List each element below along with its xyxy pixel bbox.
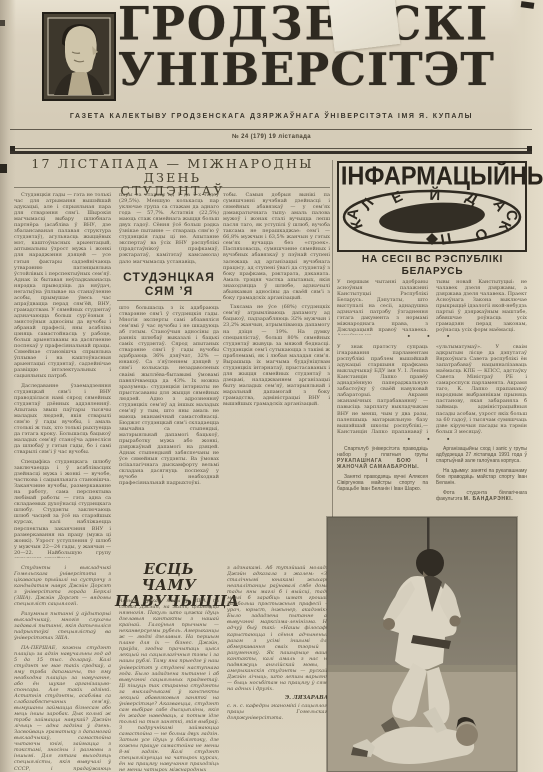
- paragraph: Арганізацыйны сход і запіс у групы адбуд…: [436, 446, 527, 464]
- kaleidoscope-logo-box: ІНФАРМАЦЫЙНЫ КАЛЕЙДАСКОП: [337, 161, 527, 252]
- paragraph: Студэнцкія гады — гэта не толькі час для…: [14, 192, 111, 379]
- scan-artifact-left: [0, 164, 7, 173]
- photo-illustration: [327, 517, 517, 772]
- studentday-column-2-top: пары са стажам ад 1 да 2-х гадоў (29,5%)…: [119, 192, 219, 269]
- studentfamily-subhead-line1: СТУДЭНЦКАЯ: [117, 271, 221, 285]
- lecture-headline-line1: ЕСЦЬ ЧАМУ: [115, 562, 223, 594]
- issue-line: № 24 (179) 19 лістапада: [0, 134, 543, 140]
- paragraph: Разумныя пытанні ў аўдыторыі выкладчыкаў…: [14, 611, 111, 641]
- lecture-column-2: Адзнак рускай мовы ў ЗША, па словах Джэй…: [119, 598, 219, 772]
- rule-end-dot-right: [527, 146, 532, 151]
- session-paragraph-1: У першым чытанні адобраны асноўныя палаж…: [337, 279, 527, 335]
- paragraph: «ультыматумаў». У сваім адкрытым лісце д…: [436, 344, 527, 434]
- lecture-column-3: з адзнакамі. Аб тутэйшай моладзі Джэйн а…: [227, 565, 330, 772]
- masthead-rule: [10, 129, 532, 130]
- sport-club-notice: Спартклуб ўніверсітэта праводзіць набор …: [337, 446, 527, 516]
- author-title: с. н. с. кафедры эканомікі і сацыялогіі …: [227, 703, 330, 721]
- lecture-column-1: Студэнты і выкладчыкі Гомельскага ўнівер…: [14, 565, 111, 772]
- combat-training-photo: [327, 517, 517, 772]
- paragraph: Фота студэнта біялагічнага факультэта М.…: [436, 490, 527, 502]
- kupala-portrait-image: [42, 12, 116, 101]
- ring-letter: С: [502, 209, 520, 221]
- newspaper-page: ГРОДЗЕНСКІ УНІВЕРСІТЭТ ГАЗЕТА КАЛЕКТЫВУ …: [0, 0, 543, 772]
- studentfamily-subhead-line2: СЯМ ’Я: [117, 285, 221, 299]
- author-signature: Э. ЛЯЗАРАВА,: [227, 695, 330, 701]
- item-separator: ∙ ∙ ∙: [337, 332, 527, 340]
- masthead-title: ГРОДЗЕНСКІ УНІВЕРСІТЭТ: [118, 0, 470, 104]
- masthead-title-line2: УНІВЕРСІТЭТ: [118, 47, 470, 93]
- paragraph: Спецыфіка студэнцкага шлюбу заключаецца …: [14, 459, 111, 558]
- masthead-subtitle: ГАЗЕТА КАЛЕКТЫВУ ГРОДЗЕНСКАГА ДЗЯРЖАЎНАГ…: [20, 113, 523, 120]
- item-separator: ∙ ∙ ∙: [337, 435, 527, 443]
- masthead-heavy-rule: [10, 148, 532, 154]
- studentfamily-subhead-rule: [117, 300, 221, 301]
- kaleidoscope-ring-logo: КАЛЕЙДАСКОП: [339, 189, 525, 247]
- ring-letter: А: [344, 207, 362, 220]
- tape-patch: [328, 0, 401, 52]
- paragraph: тобы. Самыя добрыя вынікі па сумяшчэнні …: [223, 192, 330, 301]
- portrait-engraving: [42, 12, 116, 101]
- paragraph: Даследаванне ўзаемадзеяння студэнцкай ся…: [14, 383, 111, 456]
- paragraph: Студэнты і выкладчыкі Гомельскага ўнівер…: [14, 565, 111, 607]
- studentday-column-1: Студэнцкія гады — гэта не толькі час для…: [14, 192, 111, 558]
- session-headline: НА СЕСІІ ВС РЭСПУБЛІКІ БЕЛАРУСЬ: [340, 254, 525, 277]
- scan-artifact-corner: [521, 1, 535, 9]
- paragraph: Заняткі праводзяць вучні Аляксея Сівіргу…: [337, 474, 428, 492]
- session-paragraph-2: У знак пратэсту супраць ігнаравання парл…: [337, 344, 527, 434]
- paragraph: пары са стажам ад 1 да 2-х гадоў (29,5%)…: [119, 192, 219, 265]
- studentday-headline-rule: [14, 187, 330, 188]
- ring-letter: П: [439, 229, 453, 248]
- paragraph: У першым чытанні адобраны асноўныя палаж…: [337, 279, 428, 335]
- paragraph: з адзнакамі. Аб тутэйшай моладзі Джэйн а…: [227, 565, 330, 692]
- studentfamily-subhead: СТУДЭНЦКАЯ СЯМ ’Я: [117, 271, 221, 298]
- studentday-column-2-bottom: што большасць з іх адабраюць стварэнне с…: [119, 305, 219, 558]
- studentday-column-3: тобы. Самыя добрыя вынікі па сумяшчэнні …: [223, 192, 330, 558]
- paragraph: што большасць з іх адабраюць стварэнне с…: [119, 305, 219, 486]
- paragraph: Таксама не ўсе (68%) студэнцкіх сем’яў а…: [223, 304, 330, 407]
- rule-end-dot-left: [10, 146, 15, 151]
- studentday-headline-line1: 17 ЛІСТАПАДА — МІЖНАРОДНЫ ДЗЕНЬ: [14, 157, 331, 184]
- session-headline-line2: БЕЛАРУСЬ: [340, 266, 525, 278]
- scan-artifact-left-top: [0, 20, 5, 26]
- photo-credit-name: М. БАНДАРЭНКІ.: [464, 496, 513, 502]
- paragraph: Адзнак рускай мовы ў ЗША, па словах Джэй…: [119, 598, 219, 772]
- sport-intro: Спартклуб ўніверсітэта праводзіць набор …: [337, 446, 428, 458]
- session-headline-line1: НА СЕСІІ ВС РЭСПУБЛІКІ: [340, 254, 525, 266]
- ring-letter: О: [471, 224, 491, 245]
- paragraph: ПА-ПЕРШАЕ, кожны студэнт плаціць за адзі…: [14, 645, 111, 772]
- paragraph: тывы новай Канстытуцыі: не чалавек дзеля…: [436, 279, 527, 333]
- paragraph: У знак пратэсту супраць ігнаравання парл…: [337, 344, 428, 434]
- paragraph: На здымку: заняткі па рукапашнаму бою пр…: [436, 468, 527, 486]
- sport-groups: РУКАПАШНАГА БОЮ І ЖАНОЧАЙ САМААБАРОНЫ.: [337, 458, 428, 470]
- kaleidoscope-logo-word: ІНФАРМАЦЫЙНЫ: [341, 163, 523, 191]
- paragraph: Спартклуб ўніверсітэта праводзіць набор …: [337, 446, 428, 470]
- masthead-title-line1: ГРОДЗЕНСКІ: [118, 0, 470, 47]
